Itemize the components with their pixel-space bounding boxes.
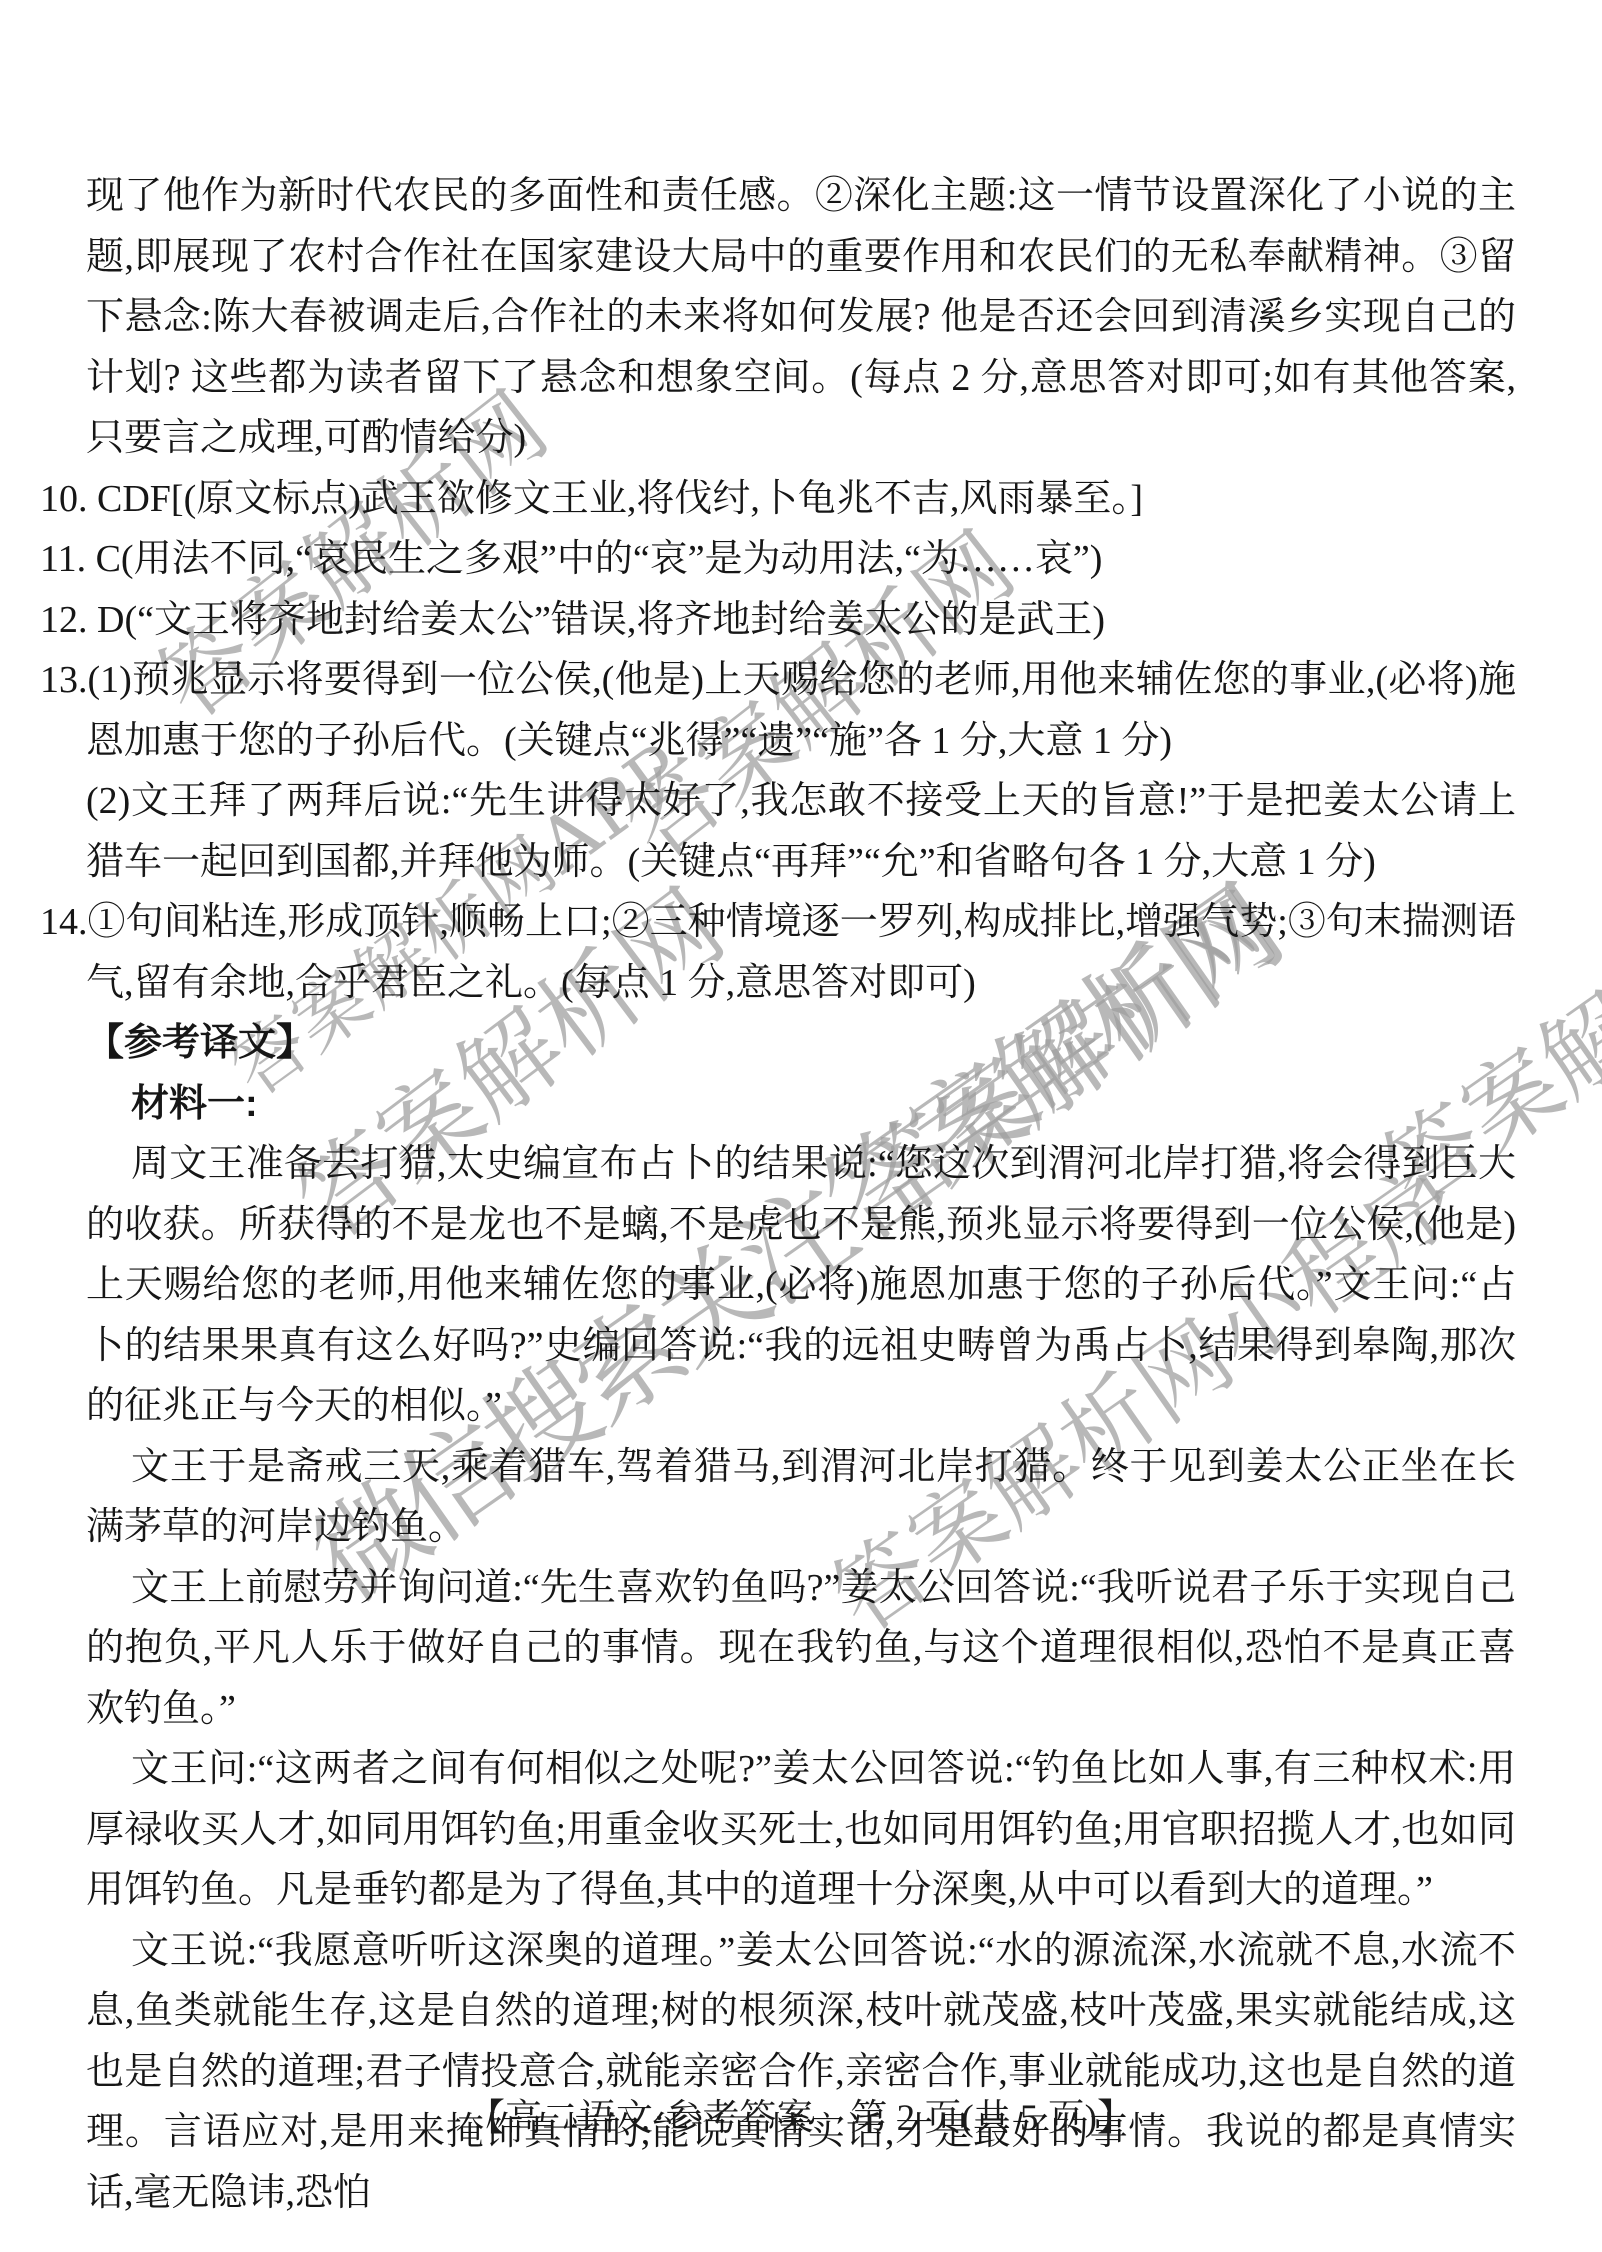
translation-paragraph: 文王上前慰劳并询问道:“先生喜欢钓鱼吗?”姜太公回答说:“我听说君子乐于实现自己… — [86, 1558, 1516, 1740]
answer-item-11: 11. C(用法不同,“哀民生之多艰”中的“哀”是为动用法,“为……哀”) — [86, 529, 1516, 590]
answer-item-14: 14.①句间粘连,形成顶针,顺畅上口;②三种情境逐一罗列,构成排比,增强气势;③… — [86, 892, 1516, 1013]
material-one-heading: 材料一: — [86, 1074, 1516, 1135]
page-footer: 【高二语文·参考答案 第 2 页(共 5 页)】 — [0, 2097, 1602, 2141]
answer-item-12: 12. D(“文王将齐地封给姜太公”错误,将齐地封给姜太公的是武王) — [86, 590, 1516, 651]
answer-item-10: 10. CDF[(原文标点)武王欲修文王业,将伐纣,卜龟兆不吉,风雨暴至。] — [86, 469, 1516, 530]
answer-key-body: 现了他作为新时代农民的多面性和责任感。②深化主题:这一情节设置深化了小说的主题,… — [86, 166, 1516, 2223]
document-page: 答案解析网 答案解析网APP 答案解析网 答案解析网 微信搜索关注答案解析网 答… — [0, 0, 1602, 2252]
translation-paragraph: 文王说:“我愿意听听这深奥的道理。”姜太公回答说:“水的源流深,水流就不息,水流… — [86, 1921, 1516, 2224]
section-heading-reference-translation: 【参考译文】 — [86, 1013, 1516, 1074]
translation-paragraph: 文王于是斋戒三天,乘着猎车,驾着猎马,到渭河北岸打猎。终于见到姜太公正坐在长满茅… — [86, 1437, 1516, 1558]
answer-item-13-2: (2)文王拜了两拜后说:“先生讲得太好了,我怎敢不接受上天的旨意!”于是把姜太公… — [86, 771, 1516, 892]
answer-item-13-1: 13.(1)预兆显示将要得到一位公侯,(他是)上天赐给您的老师,用他来辅佐您的事… — [86, 650, 1516, 771]
translation-paragraph: 文王问:“这两者之间有何相似之处呢?”姜太公回答说:“钓鱼比如人事,有三种权术:… — [86, 1739, 1516, 1921]
answer-continuation: 现了他作为新时代农民的多面性和责任感。②深化主题:这一情节设置深化了小说的主题,… — [86, 166, 1516, 469]
translation-paragraph: 周文王准备去打猎,太史编宣布占卜的结果说:“您这次到渭河北岸打猎,将会得到巨大的… — [86, 1134, 1516, 1437]
